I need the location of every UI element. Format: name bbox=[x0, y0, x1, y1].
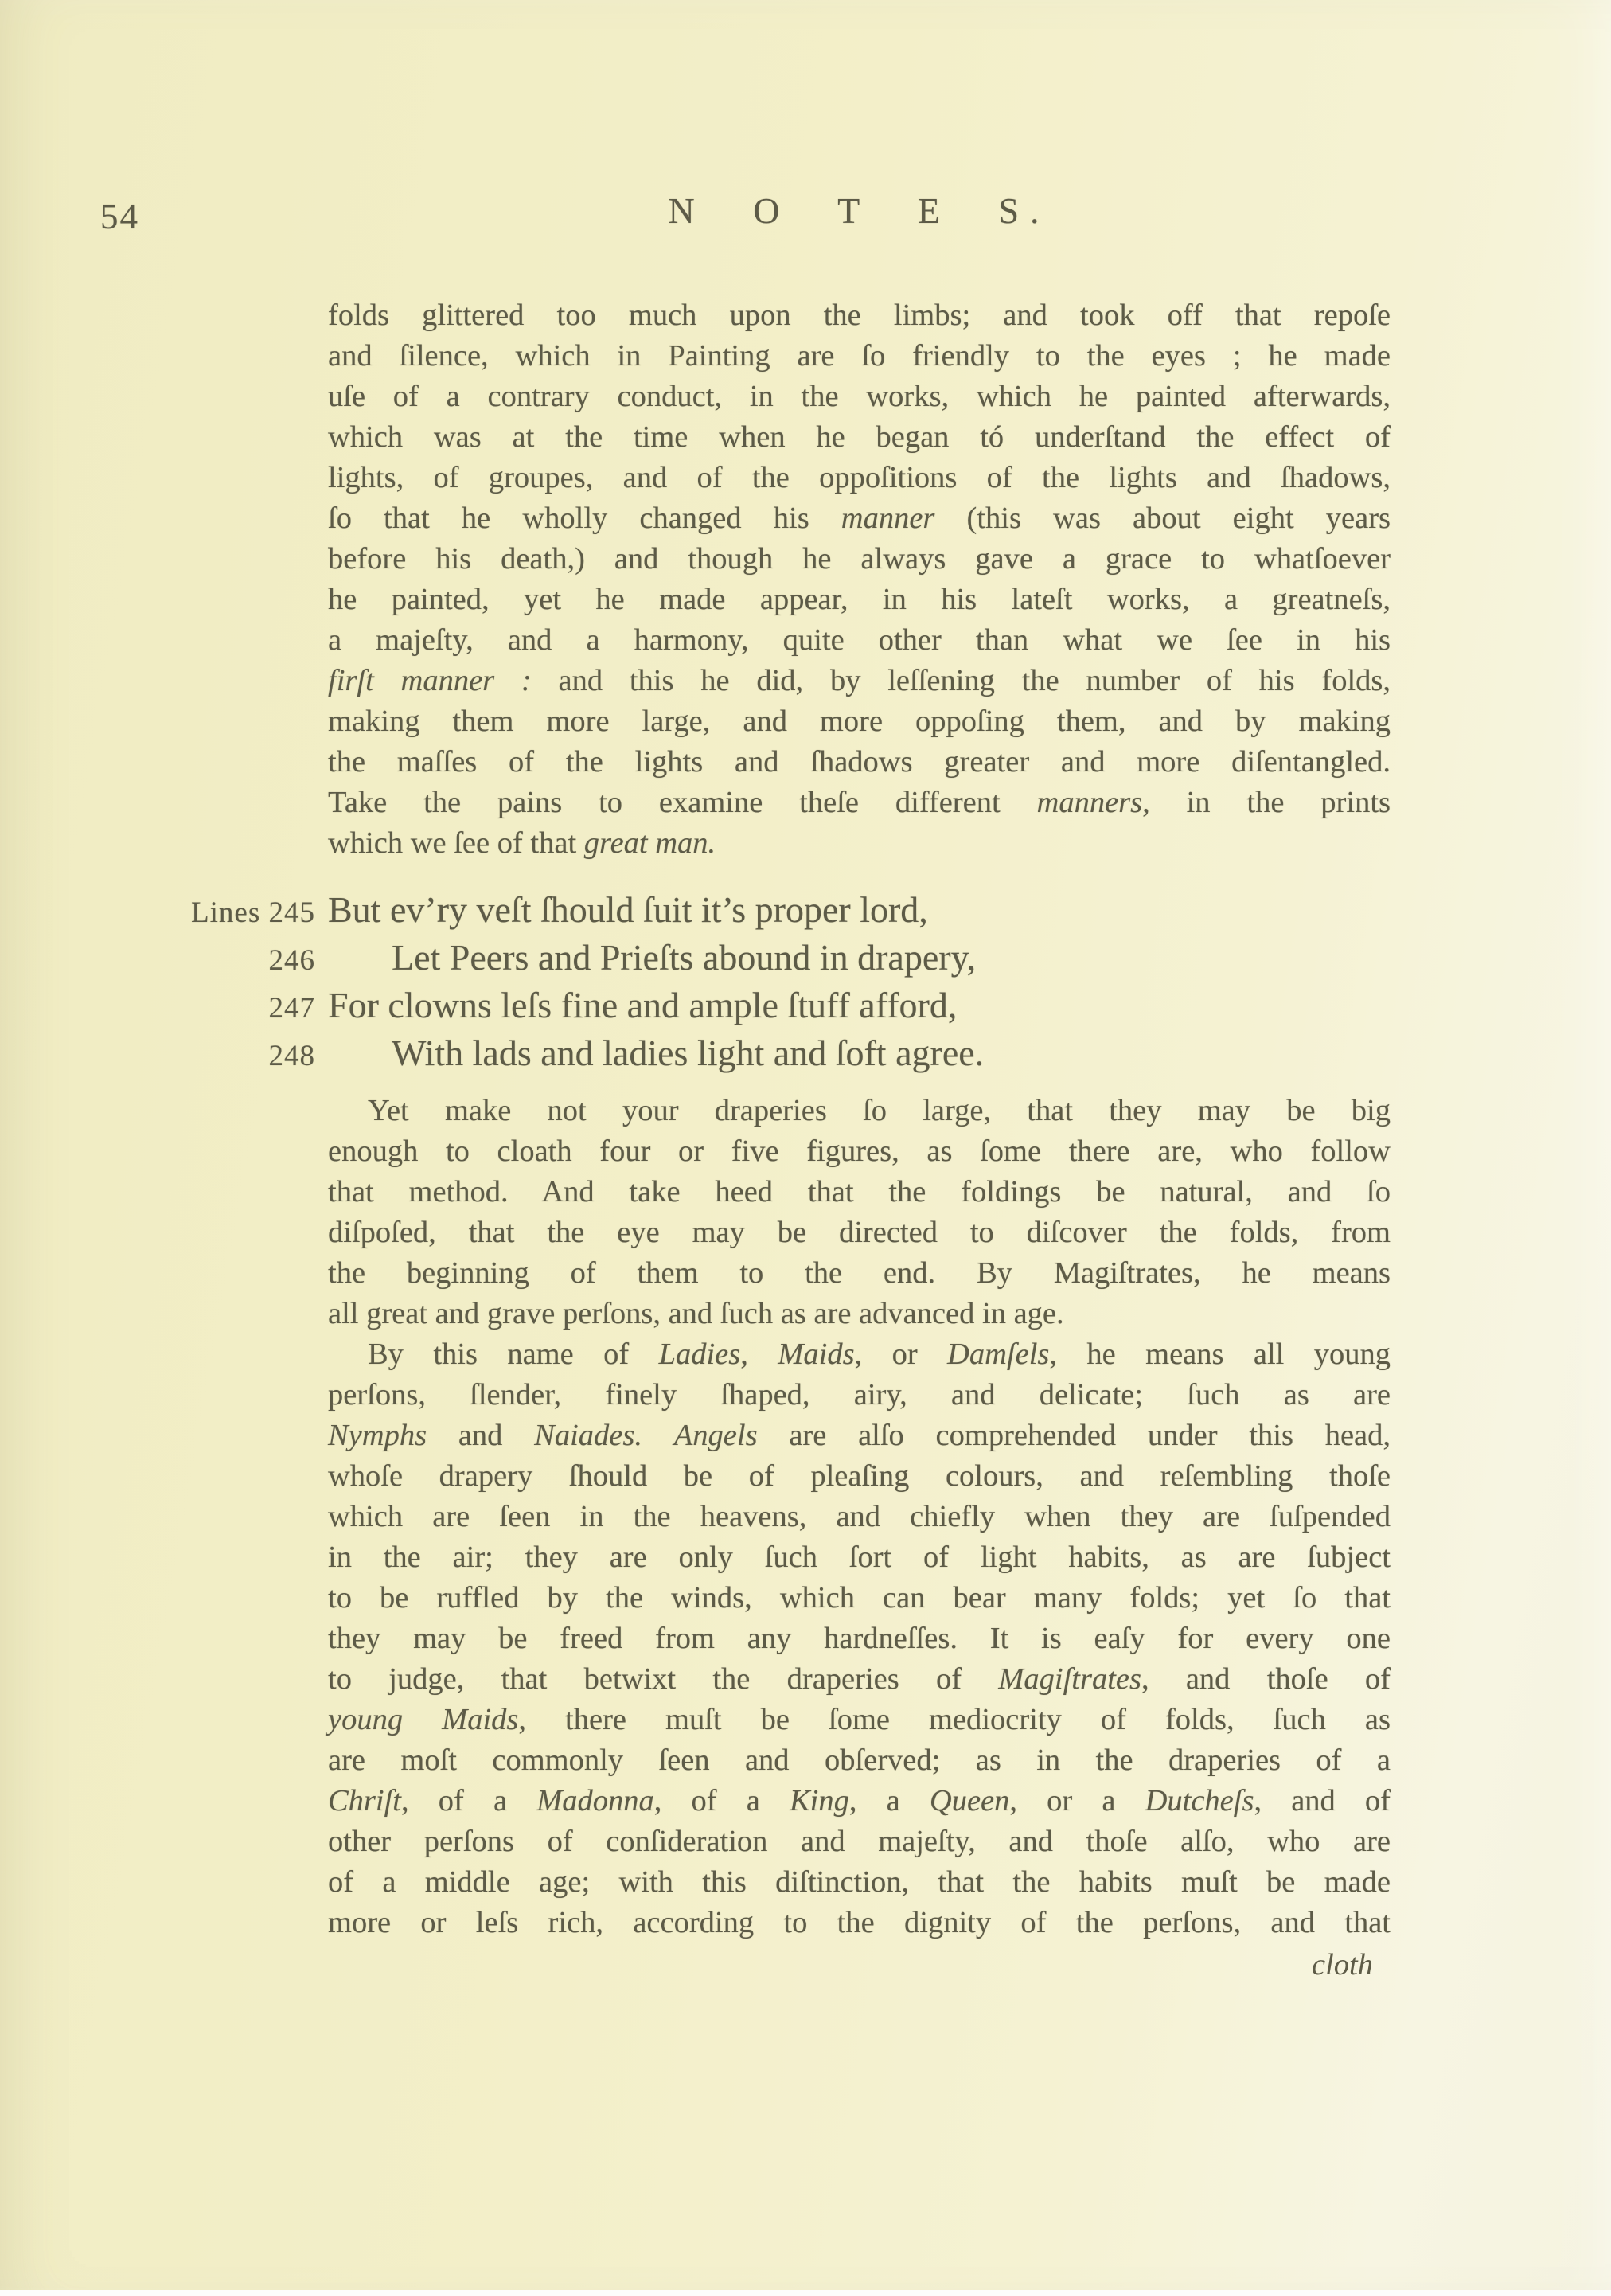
text-line: of a middle age; with this diſtinction, … bbox=[328, 1862, 1391, 1903]
body-text: are alſo comprehended under this head, bbox=[758, 1419, 1391, 1452]
body-text: which are ſeen in the heavens, and chief… bbox=[328, 1500, 1391, 1533]
text-line: uſe of a contrary conduct, in the works,… bbox=[328, 377, 1391, 417]
body-text: , and thoſe of bbox=[1141, 1662, 1391, 1696]
text-line: Nymphs and Naiades. Angels are alſo comp… bbox=[328, 1415, 1391, 1456]
text-line: whoſe drapery ſhould be of pleaſing colo… bbox=[328, 1456, 1391, 1497]
body-text: a majeſty, and a harmony, quite other th… bbox=[328, 623, 1391, 657]
text-line: 246Let Peers and Prieſts abound in drape… bbox=[328, 934, 1391, 982]
body-text: , a bbox=[849, 1784, 930, 1818]
line-number-label: Lines 245 bbox=[180, 889, 315, 937]
body-text: Take the pains to examine theſe differen… bbox=[328, 786, 1037, 819]
text-line: Chriſt, of a Madonna, of a King, a Queen… bbox=[328, 1781, 1391, 1822]
italic-text: Damſels bbox=[947, 1337, 1049, 1371]
body-text: But ev’ry veſt ſhould ſuit it’s proper l… bbox=[328, 889, 928, 930]
italic-text: manners bbox=[1037, 786, 1143, 819]
text-line: Take the pains to examine theſe differen… bbox=[328, 783, 1391, 823]
text-line: that method. And take heed that the fold… bbox=[328, 1172, 1391, 1212]
body-text: are moſt commonly ſeen and obſerved; as … bbox=[328, 1743, 1391, 1777]
body-text: By this name of bbox=[368, 1337, 659, 1371]
body-text: making them more large, and more oppoſin… bbox=[328, 705, 1391, 738]
body-text: and bbox=[427, 1419, 534, 1452]
text-line: 247For clowns leſs fine and ample ſtuff … bbox=[328, 982, 1391, 1029]
body-text: in the air; they are only ſuch ſort of l… bbox=[328, 1540, 1391, 1574]
catchword: cloth bbox=[1312, 1948, 1373, 1982]
italic-text: Naiades. bbox=[534, 1419, 642, 1452]
text-line: a majeſty, and a harmony, quite other th… bbox=[328, 620, 1391, 661]
body-text: to judge, that betwixt the draperies of bbox=[328, 1662, 998, 1696]
line-number-label: 246 bbox=[180, 937, 315, 985]
body-text: other perſons of conſideration and majeſ… bbox=[328, 1825, 1391, 1858]
body-text: and ſilence, which in Painting are ſo fr… bbox=[328, 339, 1391, 373]
body-text: With lads and ladies light and ſoft agre… bbox=[392, 1033, 984, 1073]
text-line: before his death,) and though he always … bbox=[328, 539, 1391, 580]
text-line: young Maids, there muſt be ſome mediocri… bbox=[328, 1700, 1391, 1740]
text-line: perſons, ſlender, finely ſhaped, airy, a… bbox=[328, 1375, 1391, 1415]
body-text: diſpoſed, that the eye may be directed t… bbox=[328, 1216, 1391, 1249]
text-line: ſo that he wholly changed his manner (th… bbox=[328, 498, 1391, 539]
body-text: the beginning of them to the end. By Mag… bbox=[328, 1256, 1391, 1290]
italic-text: firſt manner : bbox=[328, 664, 532, 697]
text-line: more or leſs rich, according to the dign… bbox=[328, 1903, 1391, 1943]
body-text: For clowns leſs fine and ample ſtuff aff… bbox=[328, 985, 957, 1025]
text-line: Lines 245But ev’ry veſt ſhould ſuit it’s… bbox=[328, 886, 1391, 934]
text-line: By this name of Ladies, Maids, or Damſel… bbox=[328, 1334, 1391, 1375]
body-text: folds glittered too much upon the limbs;… bbox=[328, 299, 1391, 332]
body-text: which was at the time when he began tó u… bbox=[328, 420, 1391, 454]
body-text: uſe of a contrary conduct, in the works,… bbox=[328, 380, 1391, 413]
body-text: all great and grave perſons, and ſuch as… bbox=[328, 1297, 1064, 1330]
body-text: they may be freed from any hardneſſes. I… bbox=[328, 1622, 1391, 1655]
italic-text: Ladies bbox=[659, 1337, 741, 1371]
text-line: they may be freed from any hardneſſes. I… bbox=[328, 1619, 1391, 1659]
paragraph: Yet make not your draperies ſo large, th… bbox=[328, 1091, 1391, 1334]
body-text bbox=[642, 1419, 674, 1452]
text-line: he painted, yet he made appear, in his l… bbox=[328, 580, 1391, 620]
text-line: diſpoſed, that the eye may be directed t… bbox=[328, 1212, 1391, 1253]
text-line: to be ruffled by the winds, which can be… bbox=[328, 1578, 1391, 1619]
body-text: before his death,) and though he always … bbox=[328, 542, 1391, 576]
italic-text: Maids bbox=[778, 1337, 854, 1371]
body-text: , or a bbox=[1009, 1784, 1145, 1818]
text-block: folds glittered too much upon the limbs;… bbox=[328, 295, 1391, 1986]
text-line: folds glittered too much upon the limbs;… bbox=[328, 295, 1391, 336]
body-text: enough to cloath four or five figures, a… bbox=[328, 1134, 1391, 1168]
body-text: , he means all young bbox=[1049, 1337, 1391, 1371]
page-title: N O T E S. bbox=[328, 189, 1391, 232]
text-line: making them more large, and more oppoſin… bbox=[328, 701, 1391, 742]
book-page: 54 N O T E S. folds glittered too much u… bbox=[0, 0, 1611, 2296]
text-line: firſt manner : and this he did, by leſſe… bbox=[328, 661, 1391, 701]
body-text: whoſe drapery ſhould be of pleaſing colo… bbox=[328, 1459, 1391, 1493]
body-text: , or bbox=[855, 1337, 948, 1371]
italic-text: manner bbox=[841, 502, 935, 535]
body-text: , of a bbox=[401, 1784, 536, 1818]
text-line: to judge, that betwixt the draperies of … bbox=[328, 1659, 1391, 1700]
body-text: perſons, ſlender, finely ſhaped, airy, a… bbox=[328, 1378, 1391, 1412]
text-line: Yet make not your draperies ſo large, th… bbox=[328, 1091, 1391, 1131]
body-text: , there muſt be ſome mediocrity of folds… bbox=[518, 1703, 1391, 1736]
text-line: the beginning of them to the end. By Mag… bbox=[328, 1253, 1391, 1294]
text-line: which are ſeen in the heavens, and chief… bbox=[328, 1497, 1391, 1537]
text-line: 248With lads and ladies light and ſoft a… bbox=[328, 1029, 1391, 1077]
line-number-label: 247 bbox=[180, 985, 315, 1033]
catchword-row: cloth bbox=[328, 1945, 1391, 1986]
body-text: Yet make not your draperies ſo large, th… bbox=[368, 1094, 1391, 1127]
text-line: enough to cloath four or five figures, a… bbox=[328, 1131, 1391, 1172]
page-number: 54 bbox=[100, 196, 139, 237]
italic-text: Angels bbox=[674, 1419, 758, 1452]
body-text: lights, of groupes, and of the oppoſitio… bbox=[328, 461, 1391, 494]
text-line: other perſons of conſideration and majeſ… bbox=[328, 1822, 1391, 1862]
text-line: and ſilence, which in Painting are ſo fr… bbox=[328, 336, 1391, 377]
text-line: in the air; they are only ſuch ſort of l… bbox=[328, 1537, 1391, 1578]
text-line: which we ſee of that great man. bbox=[328, 823, 1391, 864]
italic-text: Madonna bbox=[536, 1784, 654, 1818]
text-line: which was at the time when he began tó u… bbox=[328, 417, 1391, 458]
body-text: and this he did, by leſſening the number… bbox=[532, 664, 1391, 697]
paragraph: folds glittered too much upon the limbs;… bbox=[328, 295, 1391, 864]
body-text: Let Peers and Prieſts abound in drapery, bbox=[392, 937, 976, 978]
body-text: ſo that he wholly changed his bbox=[328, 502, 841, 535]
body-text: of a middle age; with this diſtinction, … bbox=[328, 1865, 1391, 1899]
italic-text: Dutcheſs bbox=[1145, 1784, 1254, 1818]
italic-text: Queen bbox=[930, 1784, 1009, 1818]
body-text: to be ruffled by the winds, which can be… bbox=[328, 1581, 1391, 1615]
body-text: , bbox=[740, 1337, 778, 1371]
italic-text: King bbox=[790, 1784, 849, 1818]
italic-text: Nymphs bbox=[328, 1419, 427, 1452]
body-text: which we ſee of that bbox=[328, 826, 584, 860]
body-text: , in the prints bbox=[1142, 786, 1391, 819]
verse-block: Lines 245But ev’ry veſt ſhould ſuit it’s… bbox=[328, 886, 1391, 1077]
body-text: more or leſs rich, according to the dign… bbox=[328, 1906, 1391, 1939]
body-text: (this was about eight years bbox=[934, 502, 1391, 535]
italic-text: great man. bbox=[584, 826, 716, 860]
body-text: that method. And take heed that the fold… bbox=[328, 1175, 1391, 1209]
italic-text: Chriſt bbox=[328, 1784, 401, 1818]
text-line: are moſt commonly ſeen and obſerved; as … bbox=[328, 1740, 1391, 1781]
body-text: he painted, yet he made appear, in his l… bbox=[328, 583, 1391, 616]
paragraph: By this name of Ladies, Maids, or Damſel… bbox=[328, 1334, 1391, 1943]
body-text: , of a bbox=[654, 1784, 790, 1818]
italic-text: young Maids bbox=[328, 1703, 518, 1736]
text-line: all great and grave perſons, and ſuch as… bbox=[328, 1294, 1391, 1334]
italic-text: Magiſtrates bbox=[998, 1662, 1141, 1696]
body-text: the maſſes of the lights and ſhadows gre… bbox=[328, 745, 1391, 779]
line-number-label: 248 bbox=[180, 1033, 315, 1080]
text-line: the maſſes of the lights and ſhadows gre… bbox=[328, 742, 1391, 783]
body-text: , and of bbox=[1254, 1784, 1391, 1818]
text-line: lights, of groupes, and of the oppoſitio… bbox=[328, 458, 1391, 498]
